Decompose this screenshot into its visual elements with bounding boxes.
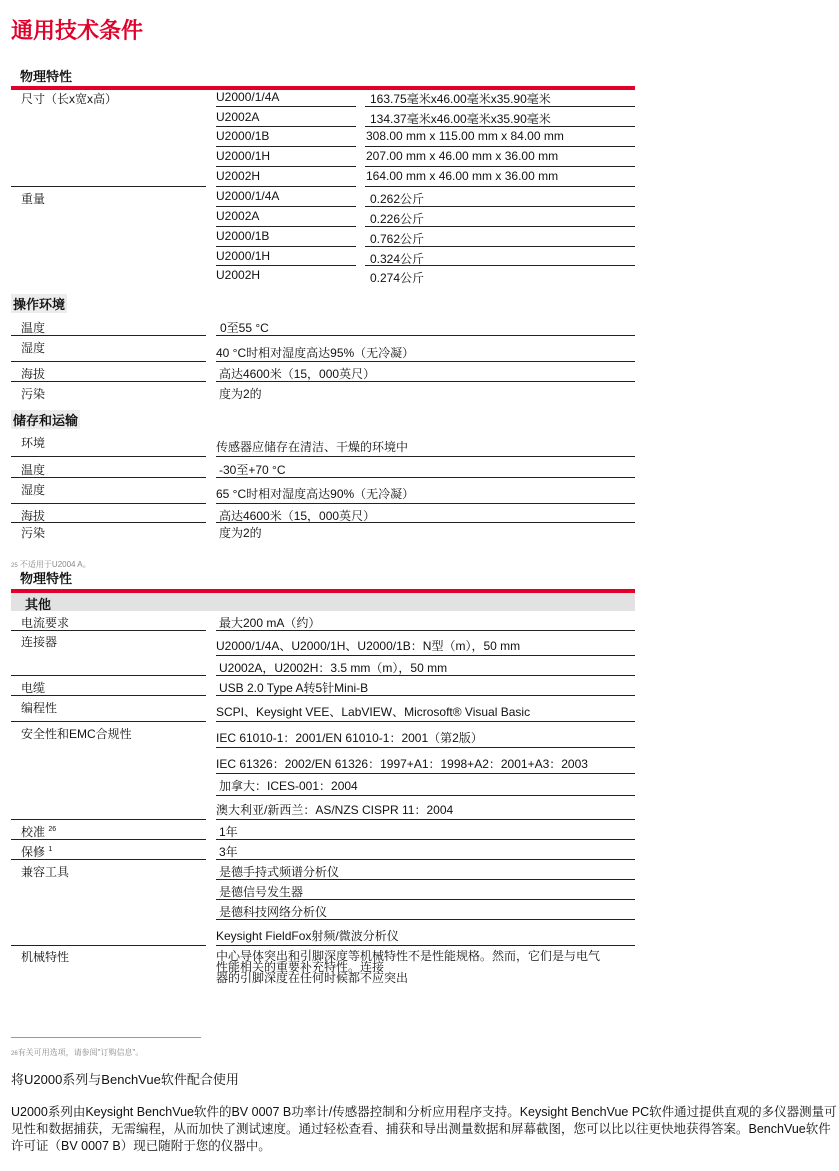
row-rule bbox=[365, 166, 635, 167]
row-rule bbox=[11, 859, 206, 860]
mechanical-label: 机械特性 bbox=[21, 948, 69, 965]
weight-value: 0.262公斤 bbox=[370, 190, 424, 207]
weight-model: U2002A bbox=[216, 209, 259, 223]
row-rule bbox=[216, 206, 356, 207]
row-rule bbox=[11, 630, 206, 631]
st-label: 温度 bbox=[21, 461, 45, 478]
weight-value: 0.762公斤 bbox=[370, 230, 424, 247]
footnote-separator bbox=[11, 1037, 201, 1038]
row-rule bbox=[216, 839, 635, 840]
op-label: 污染 bbox=[21, 385, 45, 402]
row-rule bbox=[216, 106, 356, 107]
st-value: 度为2的 bbox=[219, 524, 262, 541]
st-label: 湿度 bbox=[21, 481, 45, 498]
row-rule bbox=[365, 246, 635, 247]
programmability-value: SCPI、Keysight VEE、LabVIEW、Microsoft® Vis… bbox=[216, 703, 530, 720]
st-label: 污染 bbox=[21, 524, 45, 541]
subsection-other: 其他 bbox=[11, 593, 635, 611]
row-rule bbox=[11, 381, 206, 382]
dim-value: 207.00 mm x 46.00 mm x 36.00 mm bbox=[366, 149, 558, 163]
op-value: 高达4600米（15，000英尺） bbox=[219, 365, 375, 382]
row-rule bbox=[365, 186, 635, 187]
calibration-footnote-ref: 26 bbox=[48, 826, 56, 833]
section-heading-operating: 操作环境 bbox=[11, 294, 67, 313]
row-rule bbox=[216, 477, 635, 478]
safety-value: IEC 61010-1：2001/EN 61010-1：2001（第2版） bbox=[216, 729, 483, 746]
row-rule bbox=[365, 106, 635, 107]
dim-value: 134.37毫米x46.00毫米x35.90毫米 bbox=[370, 110, 551, 127]
section-heading-physical-2: 物理特性 bbox=[20, 568, 72, 587]
row-rule bbox=[11, 186, 206, 187]
row-rule bbox=[216, 859, 635, 860]
connector-value: U2002A，U2002H：3.5 mm（m），50 mm bbox=[219, 659, 447, 676]
current-value: 最大200 mA（约） bbox=[219, 614, 320, 631]
row-rule bbox=[11, 819, 206, 820]
dim-model: U2002A bbox=[216, 110, 259, 124]
row-rule bbox=[216, 899, 635, 900]
programmability-label: 编程性 bbox=[21, 699, 57, 716]
row-rule bbox=[216, 773, 635, 774]
dimensions-label: 尺寸（长x宽x高） bbox=[21, 90, 117, 107]
row-rule bbox=[216, 186, 356, 187]
dim-value: 163.75毫米x46.00毫米x35.90毫米 bbox=[370, 90, 551, 107]
row-rule bbox=[11, 335, 206, 336]
footnote-text: 有关可用选项，请参阅"订购信息"。 bbox=[18, 1048, 144, 1057]
cable-label: 电缆 bbox=[21, 679, 45, 696]
calibration-label: 校准 26 bbox=[21, 823, 56, 840]
calibration-label-text: 校准 bbox=[21, 825, 45, 839]
op-label: 海拔 bbox=[21, 365, 45, 382]
row-rule bbox=[11, 477, 206, 478]
footnote-marker: 25 bbox=[11, 563, 18, 569]
weight-value: 0.226公斤 bbox=[370, 210, 424, 227]
row-rule bbox=[365, 146, 635, 147]
warranty-label: 保修 1 bbox=[21, 843, 52, 860]
st-value: -30至+70 °C bbox=[219, 461, 286, 478]
row-rule bbox=[11, 522, 206, 523]
warranty-label-text: 保修 bbox=[21, 845, 45, 859]
row-rule bbox=[11, 695, 206, 696]
op-value: 度为2的 bbox=[219, 385, 262, 402]
page-title: 通用技术条件 bbox=[11, 14, 143, 45]
dim-model: U2000/1H bbox=[216, 149, 270, 163]
row-rule bbox=[216, 335, 635, 336]
row-rule bbox=[365, 126, 635, 127]
compatible-value: 是德信号发生器 bbox=[219, 883, 303, 900]
row-rule bbox=[216, 265, 356, 266]
row-rule bbox=[216, 945, 635, 946]
row-rule bbox=[216, 503, 635, 504]
row-rule bbox=[216, 381, 635, 382]
weight-model: U2000/1/4A bbox=[216, 189, 279, 203]
row-rule bbox=[216, 146, 356, 147]
row-rule bbox=[11, 675, 206, 676]
warranty-footnote-ref: 1 bbox=[48, 846, 52, 853]
row-rule bbox=[216, 795, 635, 796]
row-rule bbox=[216, 695, 635, 696]
safety-value: 澳大利亚/新西兰：AS/NZS CISPR 11：2004 bbox=[216, 801, 453, 818]
compatible-label: 兼容工具 bbox=[21, 863, 69, 880]
row-rule bbox=[365, 226, 635, 227]
cable-value: USB 2.0 Type A转5针Mini-B bbox=[219, 679, 368, 696]
row-rule bbox=[11, 456, 206, 457]
op-label: 温度 bbox=[21, 319, 45, 336]
row-rule bbox=[216, 675, 635, 676]
dim-model: U2002H bbox=[216, 169, 260, 183]
dim-value: 308.00 mm x 115.00 mm x 84.00 mm bbox=[366, 129, 564, 143]
connector-label: 连接器 bbox=[21, 633, 57, 650]
weight-value: 0.274公斤 bbox=[370, 269, 424, 286]
current-label: 电流要求 bbox=[21, 614, 69, 631]
section-heading-physical: 物理特性 bbox=[20, 66, 72, 85]
op-value: 0至55 °C bbox=[220, 319, 269, 336]
row-rule bbox=[365, 265, 635, 266]
row-rule bbox=[216, 819, 635, 820]
warranty-value: 3年 bbox=[219, 843, 238, 860]
row-rule bbox=[216, 747, 635, 748]
compatible-value: Keysight FieldFox射频/微波分析仪 bbox=[216, 927, 399, 944]
connector-value: U2000/1/4A、U2000/1H、U2000/1B：N型（m），50 mm bbox=[216, 637, 520, 654]
row-rule bbox=[216, 522, 635, 523]
weight-model: U2000/1H bbox=[216, 249, 270, 263]
dim-model: U2000/1/4A bbox=[216, 90, 279, 104]
row-rule bbox=[216, 919, 635, 920]
footnote-marker: 26 bbox=[11, 1051, 18, 1057]
benchvue-heading: 将U2000系列与BenchVue软件配合使用 bbox=[11, 1069, 239, 1088]
st-value: 传感器应储存在清洁、干燥的环境中 bbox=[216, 438, 408, 455]
row-rule bbox=[365, 206, 635, 207]
row-rule bbox=[11, 721, 206, 722]
footnote-26: 26有关可用选项，请参阅"订购信息"。 bbox=[11, 1047, 143, 1058]
row-rule bbox=[11, 839, 206, 840]
compatible-value: 是德手持式频谱分析仪 bbox=[219, 863, 339, 880]
row-rule bbox=[216, 456, 635, 457]
section-heading-storage: 储存和运输 bbox=[11, 410, 80, 429]
benchvue-paragraph: U2000系列由Keysight BenchVue软件的BV 0007 B功率计… bbox=[11, 1104, 837, 1155]
safety-value: 加拿大：ICES-001：2004 bbox=[219, 777, 358, 794]
compatible-value: 是德科技网络分析仪 bbox=[219, 903, 327, 920]
row-rule bbox=[216, 879, 635, 880]
mechanical-value: 中心导体突出和引脚深度等机械特性不是性能规格。然而，它们是与电气 性能相关的重要… bbox=[216, 951, 600, 984]
row-rule bbox=[216, 630, 635, 631]
row-rule bbox=[216, 361, 635, 362]
calibration-value: 1年 bbox=[219, 823, 238, 840]
safety-label: 安全性和EMC合规性 bbox=[21, 725, 132, 742]
st-label: 环境 bbox=[21, 434, 45, 451]
op-label: 湿度 bbox=[21, 339, 45, 356]
row-rule bbox=[11, 503, 206, 504]
st-value: 65 °C时相对湿度高达90%（无冷凝） bbox=[216, 485, 414, 502]
safety-value: IEC 61326：2002/EN 61326：1997+A1：1998+A2：… bbox=[216, 755, 588, 772]
row-rule bbox=[216, 246, 356, 247]
dim-value: 164.00 mm x 46.00 mm x 36.00 mm bbox=[366, 169, 558, 183]
row-rule bbox=[11, 945, 206, 946]
dim-model: U2000/1B bbox=[216, 129, 269, 143]
row-rule bbox=[11, 361, 206, 362]
row-rule bbox=[216, 166, 356, 167]
row-rule bbox=[216, 721, 635, 722]
row-rule bbox=[216, 126, 356, 127]
weight-model: U2000/1B bbox=[216, 229, 269, 243]
row-rule bbox=[216, 226, 356, 227]
weight-model: U2002H bbox=[216, 268, 260, 282]
op-value: 40 °C时相对湿度高达95%（无冷凝） bbox=[216, 344, 414, 361]
mechanical-line: 器的引脚深度在任何时候都不应突出 bbox=[216, 973, 600, 984]
row-rule bbox=[216, 655, 635, 656]
weight-label: 重量 bbox=[21, 190, 45, 207]
